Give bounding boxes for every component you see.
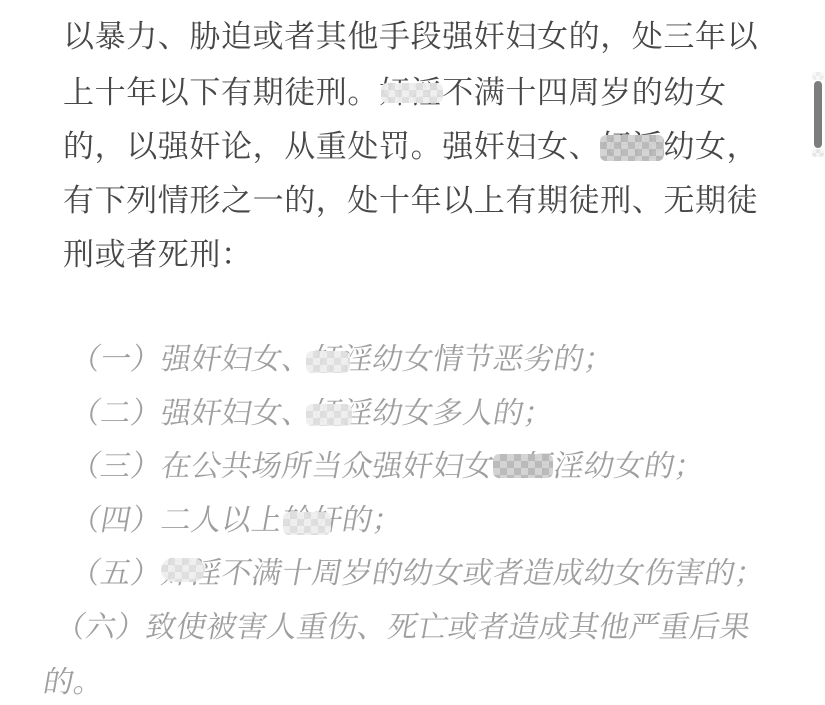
document-page: 以暴力、胁迫或者其他手段强奸妇女的，处三年以 上十年以下有期徒刑。奸淫不满十四周… <box>0 0 825 705</box>
clause-line-6: （六）致使被害人重伤、死亡或者造成其他严重后果 <box>53 613 753 643</box>
scrollbar-thumb[interactable] <box>814 81 822 148</box>
censor-mosaic <box>306 351 350 373</box>
censor-mosaic <box>283 512 331 535</box>
paragraph-line: 有下列情形之一的，处十年以上有期徒刑、无期徒 <box>63 185 758 216</box>
clause-line-4: （四）二人以上轮奸的； <box>68 506 405 536</box>
clause-line-6-wrap: 的。 <box>41 668 107 698</box>
censor-mosaic <box>161 558 205 582</box>
censor-mosaic <box>381 83 443 103</box>
paragraph-line: 以暴力、胁迫或者其他手段强奸妇女的，处三年以 <box>63 21 758 52</box>
censor-mosaic <box>600 135 664 161</box>
scrollbar-artifact <box>812 72 824 80</box>
paragraph-line: 刑或者死刑： <box>63 239 253 270</box>
censor-mosaic <box>306 404 352 426</box>
scrollbar-artifact <box>812 149 824 157</box>
censor-mosaic <box>493 454 553 478</box>
clause-line-3: （三）在公共场所当众强奸妇女、奸淫幼女的； <box>68 452 707 482</box>
